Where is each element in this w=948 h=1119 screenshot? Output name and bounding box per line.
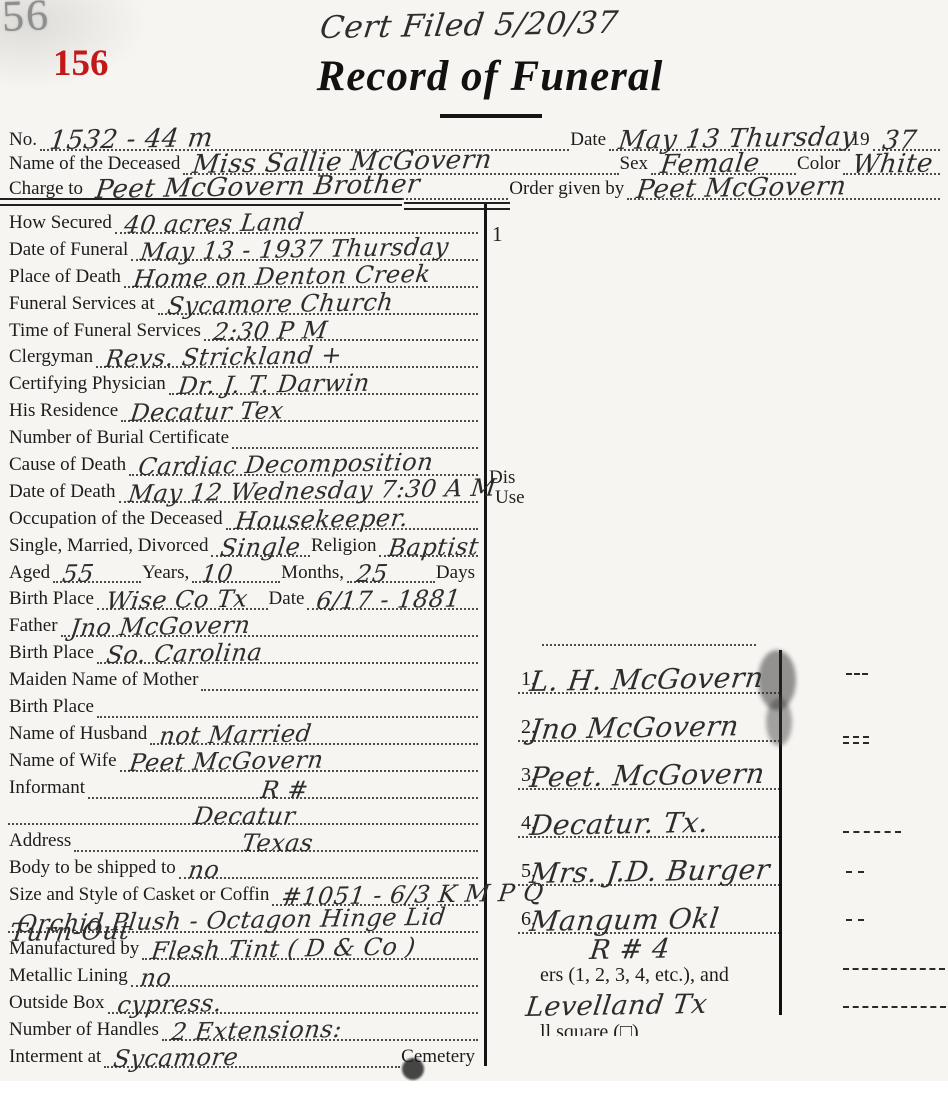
list-item: 2.Jno McGovern [518, 694, 780, 742]
dotted-line: no [131, 958, 478, 987]
dotted-line: Baptist [379, 528, 478, 557]
column-digit-fragment: 1 [492, 222, 503, 247]
form-row: Decatur [8, 799, 478, 826]
dotted-line: White [843, 149, 940, 176]
list-item: 3.Peet. McGovern [518, 742, 780, 790]
dotted-line: 6/17 - 1881 [307, 581, 478, 610]
handwritten-value: 55 [61, 562, 96, 587]
dashed-line-fragment [843, 968, 945, 970]
dashed-line-fragment [843, 1006, 946, 1008]
field-label: Body to be shipped to [8, 858, 179, 879]
right-column-list: 1.L. H. McGovern2.Jno McGovern3.Peet. Mc… [518, 632, 780, 1036]
dashed-line-fragment [846, 871, 864, 873]
field-label: Days [435, 563, 478, 584]
field-label: Months, [280, 563, 347, 584]
handwritten-value: Sycamore [112, 1044, 240, 1070]
dashed-line-fragment [846, 673, 868, 675]
funeral-record-page: 56 156 Cert Filed 5/20/37 Record of Fune… [0, 0, 948, 1119]
form-row: Name of Husbandnot Married [8, 718, 478, 745]
form-row: Number of Handles2 Extensions: [8, 1014, 478, 1041]
form-row: Metallic Liningno [8, 960, 478, 987]
field-label: Maiden Name of Mother [8, 670, 201, 691]
list-item: 5.Mrs. J.D. Burger [518, 838, 780, 886]
field-label: Date of Death [8, 482, 119, 503]
dotted-line [232, 420, 478, 449]
dotted-line: R # [88, 770, 478, 799]
field-label: Outside Box [8, 993, 108, 1014]
field-label: How Secured [8, 213, 115, 234]
field-label: Religion [310, 536, 379, 557]
field-label: Certifying Physician [8, 374, 169, 395]
form-row: Place of DeathHome on Denton Creek [8, 261, 478, 288]
dotted-line: 37 [873, 124, 940, 151]
dotted-line: Decatur [8, 797, 478, 826]
form-row: Cause of DeathCardiac Decomposition [8, 449, 478, 476]
dotted-line: Cardiac Decomposition [129, 447, 478, 476]
field-label: Place of Death [8, 267, 124, 288]
dotted-line: Revs. Strickland + [96, 339, 478, 368]
handwritten-value: Mangum Okl [528, 902, 721, 938]
handwritten-value: R # 4 [588, 934, 672, 966]
form-row: Body to be shipped tono [8, 852, 478, 879]
page-title: Record of Funeral [250, 52, 730, 101]
field-label: Years, [141, 563, 192, 584]
field-label: Date [569, 130, 609, 151]
field-label: Sex [619, 154, 652, 175]
scan-edge-bottom [0, 1081, 948, 1119]
form-row: His ResidenceDecatur Tex [8, 395, 478, 422]
dotted-line: Texas [74, 823, 478, 852]
dotted-line: 40 acres Land [115, 205, 478, 234]
form-row: Aged55Years,10Months,25Days [8, 557, 478, 584]
use-text-fragment: Use [495, 487, 525, 509]
form-row: ClergymanRevs. Strickland + [8, 341, 478, 368]
field-label: Informant [8, 778, 88, 799]
dotted-line: Dr. J. T. Darwin [169, 366, 478, 395]
handwritten-value: Levelland Tx [524, 989, 709, 1023]
handwriting-line: R # 4 [518, 934, 780, 964]
dashed-line-fragment [843, 736, 869, 738]
form-row: FatherJno McGovern [8, 610, 478, 637]
form-row: Time of Funeral Services2:30 P M [8, 315, 478, 342]
field-label: Date of Funeral [8, 240, 131, 261]
form-row: Maiden Name of Mother [8, 664, 478, 691]
folio-number: 156 [53, 42, 109, 85]
dotted-line: 2 Extensions: [162, 1012, 478, 1041]
dis-text-fragment: Dis [489, 467, 515, 489]
turn-out-handwriting: Turn-Out [8, 916, 132, 947]
form-row: AddressTexas [8, 825, 478, 852]
field-label: Order given by [508, 179, 627, 200]
printed-fragment: ers (1, 2, 3, 4, etc.), and [518, 964, 780, 991]
field-label: Occupation of the Deceased [8, 509, 226, 530]
field-label: Interment at [8, 1047, 104, 1068]
handwritten-value: no [187, 858, 221, 883]
form-row: How Secured40 acres Land [8, 207, 478, 234]
field-label: Size and Style of Casket or Coffin [8, 885, 272, 906]
field-label: Name of the Deceased [8, 154, 183, 175]
dotted-line [201, 662, 478, 691]
field-label: Date [268, 589, 308, 610]
field-label: Name of Wife [8, 751, 120, 772]
form-row: Certifying PhysicianDr. J. T. Darwin [8, 368, 478, 395]
dotted-line: no [179, 850, 478, 879]
dotted-line [542, 632, 756, 646]
dotted-line: May 13 Thursday [609, 124, 850, 151]
dotted-line: Flesh Tint ( D & Co ) [142, 931, 478, 960]
dotted-line: Peet McGovern Brother [86, 173, 508, 200]
list-item: 1.L. H. McGovern [518, 646, 780, 694]
dotted-line: Jno McGovern [61, 608, 478, 637]
dotted-line: Sycamore Church [158, 286, 478, 315]
field-label: Clergyman [8, 347, 96, 368]
field-label: Father [8, 616, 61, 637]
dotted-line: Wise Co Tx [97, 581, 268, 610]
form-row: Number of Burial Certificate [8, 422, 478, 449]
form-row: Charge toPeet McGovern BrotherOrder give… [8, 175, 940, 200]
field-label: Number of Burial Certificate [8, 428, 232, 449]
handwritten-value: Decatur. Tx. [528, 806, 711, 842]
list-item: 6.Mangum Okl [518, 886, 780, 934]
dotted-line: Housekeeper. [226, 501, 478, 530]
dotted-line: Home on Denton Creek [124, 259, 478, 288]
form-row: Birth Place [8, 691, 478, 718]
center-vertical-rule [484, 204, 487, 1066]
cert-filed-annotation: Cert Filed 5/20/37 [318, 4, 683, 46]
dotted-line: not Married [150, 716, 478, 745]
dotted-line: Single [211, 528, 310, 557]
dashed-line-fragment [843, 742, 869, 744]
ink-blot [402, 1058, 424, 1080]
field-label: Aged [8, 563, 53, 584]
list-item: 4.Decatur. Tx. [518, 790, 780, 838]
ink-blot [766, 698, 792, 746]
title-underline [440, 114, 542, 118]
dotted-line [97, 689, 478, 718]
dotted-line: cypress. [108, 985, 478, 1014]
dotted-line: Peet McGovern [120, 743, 478, 772]
corner-stamp-number: 56 [1, 0, 51, 42]
handwritten-value: Peet McGovern [635, 173, 848, 203]
dotted-line: May 12 Wednesday 7:30 A M [119, 474, 478, 503]
dotted-line: 2:30 P M [204, 313, 478, 342]
field-label: Number of Handles [8, 1020, 162, 1041]
handwritten-value: L. H. McGovern [528, 661, 766, 698]
field-label: Funeral Services at [8, 294, 158, 315]
field-label: Metallic Lining [8, 966, 131, 987]
printed-fragment: ll square (□) [518, 1021, 780, 1036]
form-row: Size and Style of Casket or Coffin#1051 … [8, 879, 478, 906]
field-label: Time of Funeral Services [8, 321, 204, 342]
dotted-line: Female [651, 149, 796, 176]
form-row: Name of WifePeet McGovern [8, 745, 478, 772]
handwriting-line: Levelland Tx [518, 991, 780, 1021]
field-label: Charge to [8, 179, 86, 200]
dotted-line: 10 [192, 555, 280, 584]
header-field-rows: No.1532 - 44 mDateMay 13 Thursday1937Nam… [8, 126, 940, 200]
handwritten-value: Peet. McGovern [528, 757, 767, 794]
field-label: Address [8, 831, 74, 852]
dotted-line: So. Carolina [97, 635, 478, 664]
form-row: Date of FuneralMay 13 - 1937 Thursday [8, 234, 478, 261]
dashed-line-fragment [846, 919, 864, 921]
field-label: Cause of Death [8, 455, 129, 476]
dotted-line: Sycamore [104, 1039, 400, 1068]
form-row: Date of DeathMay 12 Wednesday 7:30 A M [8, 476, 478, 503]
dotted-line: Peet McGovern [627, 173, 940, 200]
dotted-line: 55 [53, 555, 141, 584]
field-label: No. [8, 130, 40, 151]
field-label: Birth Place [8, 697, 97, 718]
dotted-line: May 13 - 1937 Thursday [131, 232, 478, 261]
form-row: Single, Married, DivorcedSingleReligionB… [8, 530, 478, 557]
form-row: Occupation of the DeceasedHousekeeper. [8, 503, 478, 530]
form-row: Funeral Services atSycamore Church [8, 288, 478, 315]
field-label: Single, Married, Divorced [8, 536, 211, 557]
dotted-line: 25 [347, 555, 435, 584]
field-label: His Residence [8, 401, 121, 422]
field-label: Birth Place [8, 643, 97, 664]
field-label: Birth Place [8, 589, 97, 610]
form-row: InformantR # [8, 772, 478, 799]
dotted-line: Decatur Tex [121, 393, 478, 422]
field-label: Name of Husband [8, 724, 150, 745]
dashed-line-fragment [843, 831, 901, 833]
form-row: Outside Boxcypress. [8, 987, 478, 1014]
handwritten-value: Jno McGovern [528, 709, 741, 746]
handwritten-value: Mrs. J.D. Burger [528, 853, 772, 890]
